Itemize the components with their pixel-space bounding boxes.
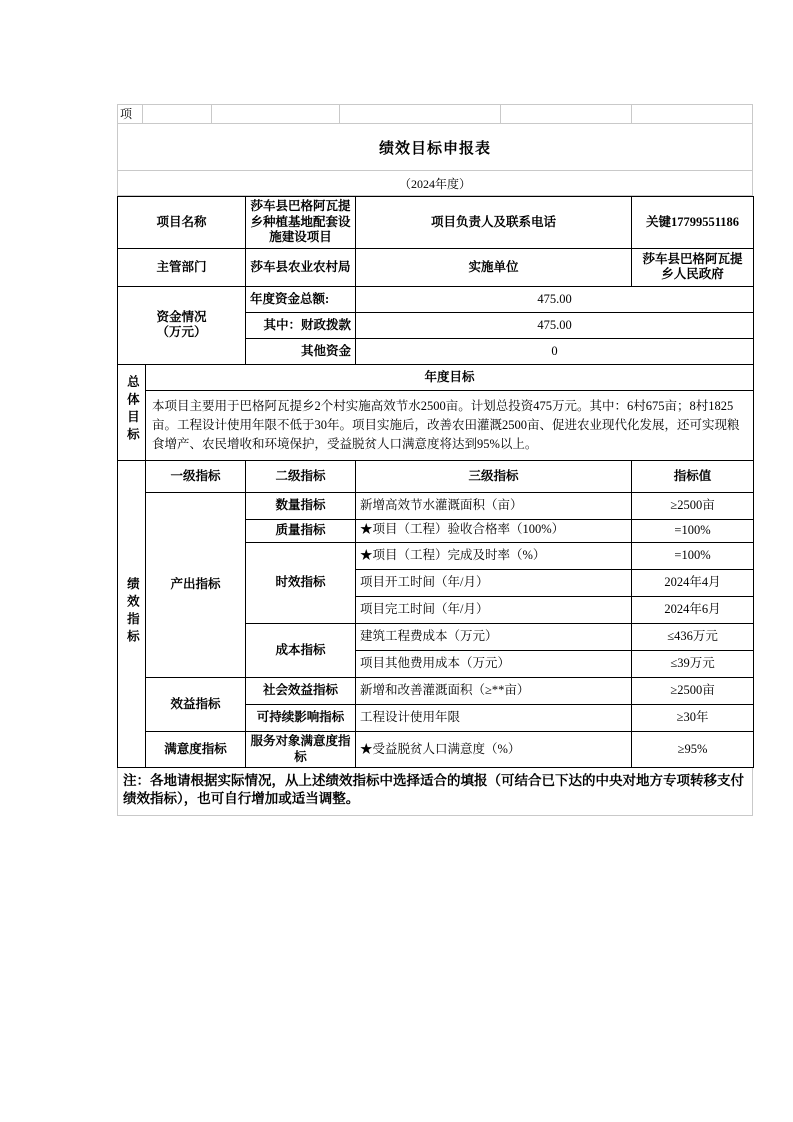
fragment-cell-empty-2 xyxy=(212,104,340,124)
table-row: 本项目主要用于巴格阿瓦提乡2个村实施高效节水2500亩。计划总投资475万元。其… xyxy=(118,390,754,460)
l2-cost: 成本指标 xyxy=(246,623,356,677)
fragment-cell-empty-5 xyxy=(632,104,753,124)
table-row: 满意度指标 服务对象满意度指标 ★受益脱贫人口满意度（%） ≥95% xyxy=(118,731,754,767)
l3-item: ★受益脱贫人口满意度（%） xyxy=(356,731,632,767)
l3-item-clipped: ★项目（工程）验收合格率（100%） xyxy=(356,519,632,542)
impl-value: 莎车县巴格阿瓦提乡人民政府 xyxy=(632,248,754,286)
fragment-cell-project: 项目 xyxy=(117,104,143,124)
annual-goal-text: 本项目主要用于巴格阿瓦提乡2个村实施高效节水2500亩。计划总投资475万元。其… xyxy=(146,390,754,460)
funds-label-text: 资金情况（万元） xyxy=(155,310,209,341)
funds-fiscal-value: 475.00 xyxy=(356,312,754,338)
indicator-value: ≥30年 xyxy=(632,704,754,731)
fragment-cell-empty-1 xyxy=(143,104,212,124)
l2-quantity: 数量指标 xyxy=(246,492,356,519)
table-row: 主管部门 莎车县农业农村局 实施单位 莎车县巴格阿瓦提乡人民政府 xyxy=(118,248,754,286)
indicator-value: 2024年6月 xyxy=(632,596,754,623)
l3-item: ★项目（工程）完成及时率（%） xyxy=(356,542,632,569)
annual-goal-header: 年度目标 xyxy=(146,364,754,390)
indicators-side-label: 绩效指标 xyxy=(124,577,140,647)
indicator-value: 2024年4月 xyxy=(632,569,754,596)
overall-goal-side-cell: 总体目标 xyxy=(118,364,146,460)
table-row: 资金情况（万元） 年度资金总额: 475.00 xyxy=(118,286,754,312)
indicator-value: =100% xyxy=(632,542,754,569)
indicators-header-value: 指标值 xyxy=(632,460,754,492)
l3-item: 项目其他费用成本（万元） xyxy=(356,650,632,677)
l2-quality: 质量指标 xyxy=(246,519,356,542)
l3-item: 项目完工时间（年/月） xyxy=(356,596,632,623)
l1-output: 产出指标 xyxy=(146,492,246,677)
l3-item: 新增高效节水灌溉面积（亩） xyxy=(356,492,632,519)
document-sheet: 项目 绩效目标申报表 （2024年度） 项目名称 莎车县巴格阿瓦提乡种植基地配套… xyxy=(117,104,753,816)
project-name-label: 项目名称 xyxy=(118,197,246,249)
manager-label: 项目负责人及联系电话 xyxy=(356,197,632,249)
page-title: 绩效目标申报表 xyxy=(117,124,753,171)
table-row: 绩效指标 一级指标 二级指标 三级指标 指标值 xyxy=(118,460,754,492)
funds-total-value: 475.00 xyxy=(356,286,754,312)
l2-social: 社会效益指标 xyxy=(246,677,356,704)
fragment-cell-empty-3 xyxy=(340,104,501,124)
manager-value: 关键17799551186 xyxy=(632,197,754,249)
table-row: 项目名称 莎车县巴格阿瓦提乡种植基地配套设施建设项目 项目负责人及联系电话 关键… xyxy=(118,197,754,249)
funds-total-label: 年度资金总额: xyxy=(246,286,356,312)
indicator-value: =100% xyxy=(632,519,754,542)
spreadsheet-fragment-row: 项目 xyxy=(117,104,753,124)
footnote: 注：各地请根据实际情况，从上述绩效指标中选择适合的填报（可结合已下达的中央对地方… xyxy=(117,768,753,816)
project-name-value: 莎车县巴格阿瓦提乡种植基地配套设施建设项目 xyxy=(246,197,356,249)
l3-item: 工程设计使用年限 xyxy=(356,704,632,731)
l1-benefit: 效益指标 xyxy=(146,677,246,731)
l2-timeliness: 时效指标 xyxy=(246,542,356,623)
l3-item: 新增和改善灌溉面积（≥**亩） xyxy=(356,677,632,704)
indicators-header-l1: 一级指标 xyxy=(146,460,246,492)
funds-other-value: 0 xyxy=(356,338,754,364)
fragment-cell-empty-4 xyxy=(501,104,632,124)
table-row: 总体目标 年度目标 xyxy=(118,364,754,390)
funds-fiscal-label: 其中：财政拨款 xyxy=(246,312,356,338)
l2-service-satisfaction: 服务对象满意度指标 xyxy=(246,731,356,767)
indicator-value: ≤436万元 xyxy=(632,623,754,650)
l3-item: 项目开工时间（年/月） xyxy=(356,569,632,596)
indicators-header-l3: 三级指标 xyxy=(356,460,632,492)
indicator-value: ≥2500亩 xyxy=(632,677,754,704)
overall-goal-side-label: 总体目标 xyxy=(124,375,140,445)
impl-label: 实施单位 xyxy=(356,248,632,286)
indicator-value: ≥95% xyxy=(632,731,754,767)
page-subtitle: （2024年度） xyxy=(117,171,753,196)
l2-sustainability: 可持续影响指标 xyxy=(246,704,356,731)
table-row: 产出指标 数量指标 新增高效节水灌溉面积（亩） ≥2500亩 xyxy=(118,492,754,519)
table-row: 效益指标 社会效益指标 新增和改善灌溉面积（≥**亩） ≥2500亩 xyxy=(118,677,754,704)
funds-label: 资金情况（万元） xyxy=(118,286,246,364)
indicator-value: ≤39万元 xyxy=(632,650,754,677)
indicator-value: ≥2500亩 xyxy=(632,492,754,519)
l3-item-clipped-text: ★项目（工程）验收合格率（100%） xyxy=(360,520,627,542)
indicators-side-cell: 绩效指标 xyxy=(118,460,146,767)
indicators-header-l2: 二级指标 xyxy=(246,460,356,492)
funds-other-label: 其他资金 xyxy=(246,338,356,364)
l1-satisfaction: 满意度指标 xyxy=(146,731,246,767)
dept-label: 主管部门 xyxy=(118,248,246,286)
l3-item: 建筑工程费成本（万元） xyxy=(356,623,632,650)
dept-value: 莎车县农业农村局 xyxy=(246,248,356,286)
performance-target-table: 项目名称 莎车县巴格阿瓦提乡种植基地配套设施建设项目 项目负责人及联系电话 关键… xyxy=(117,196,754,768)
